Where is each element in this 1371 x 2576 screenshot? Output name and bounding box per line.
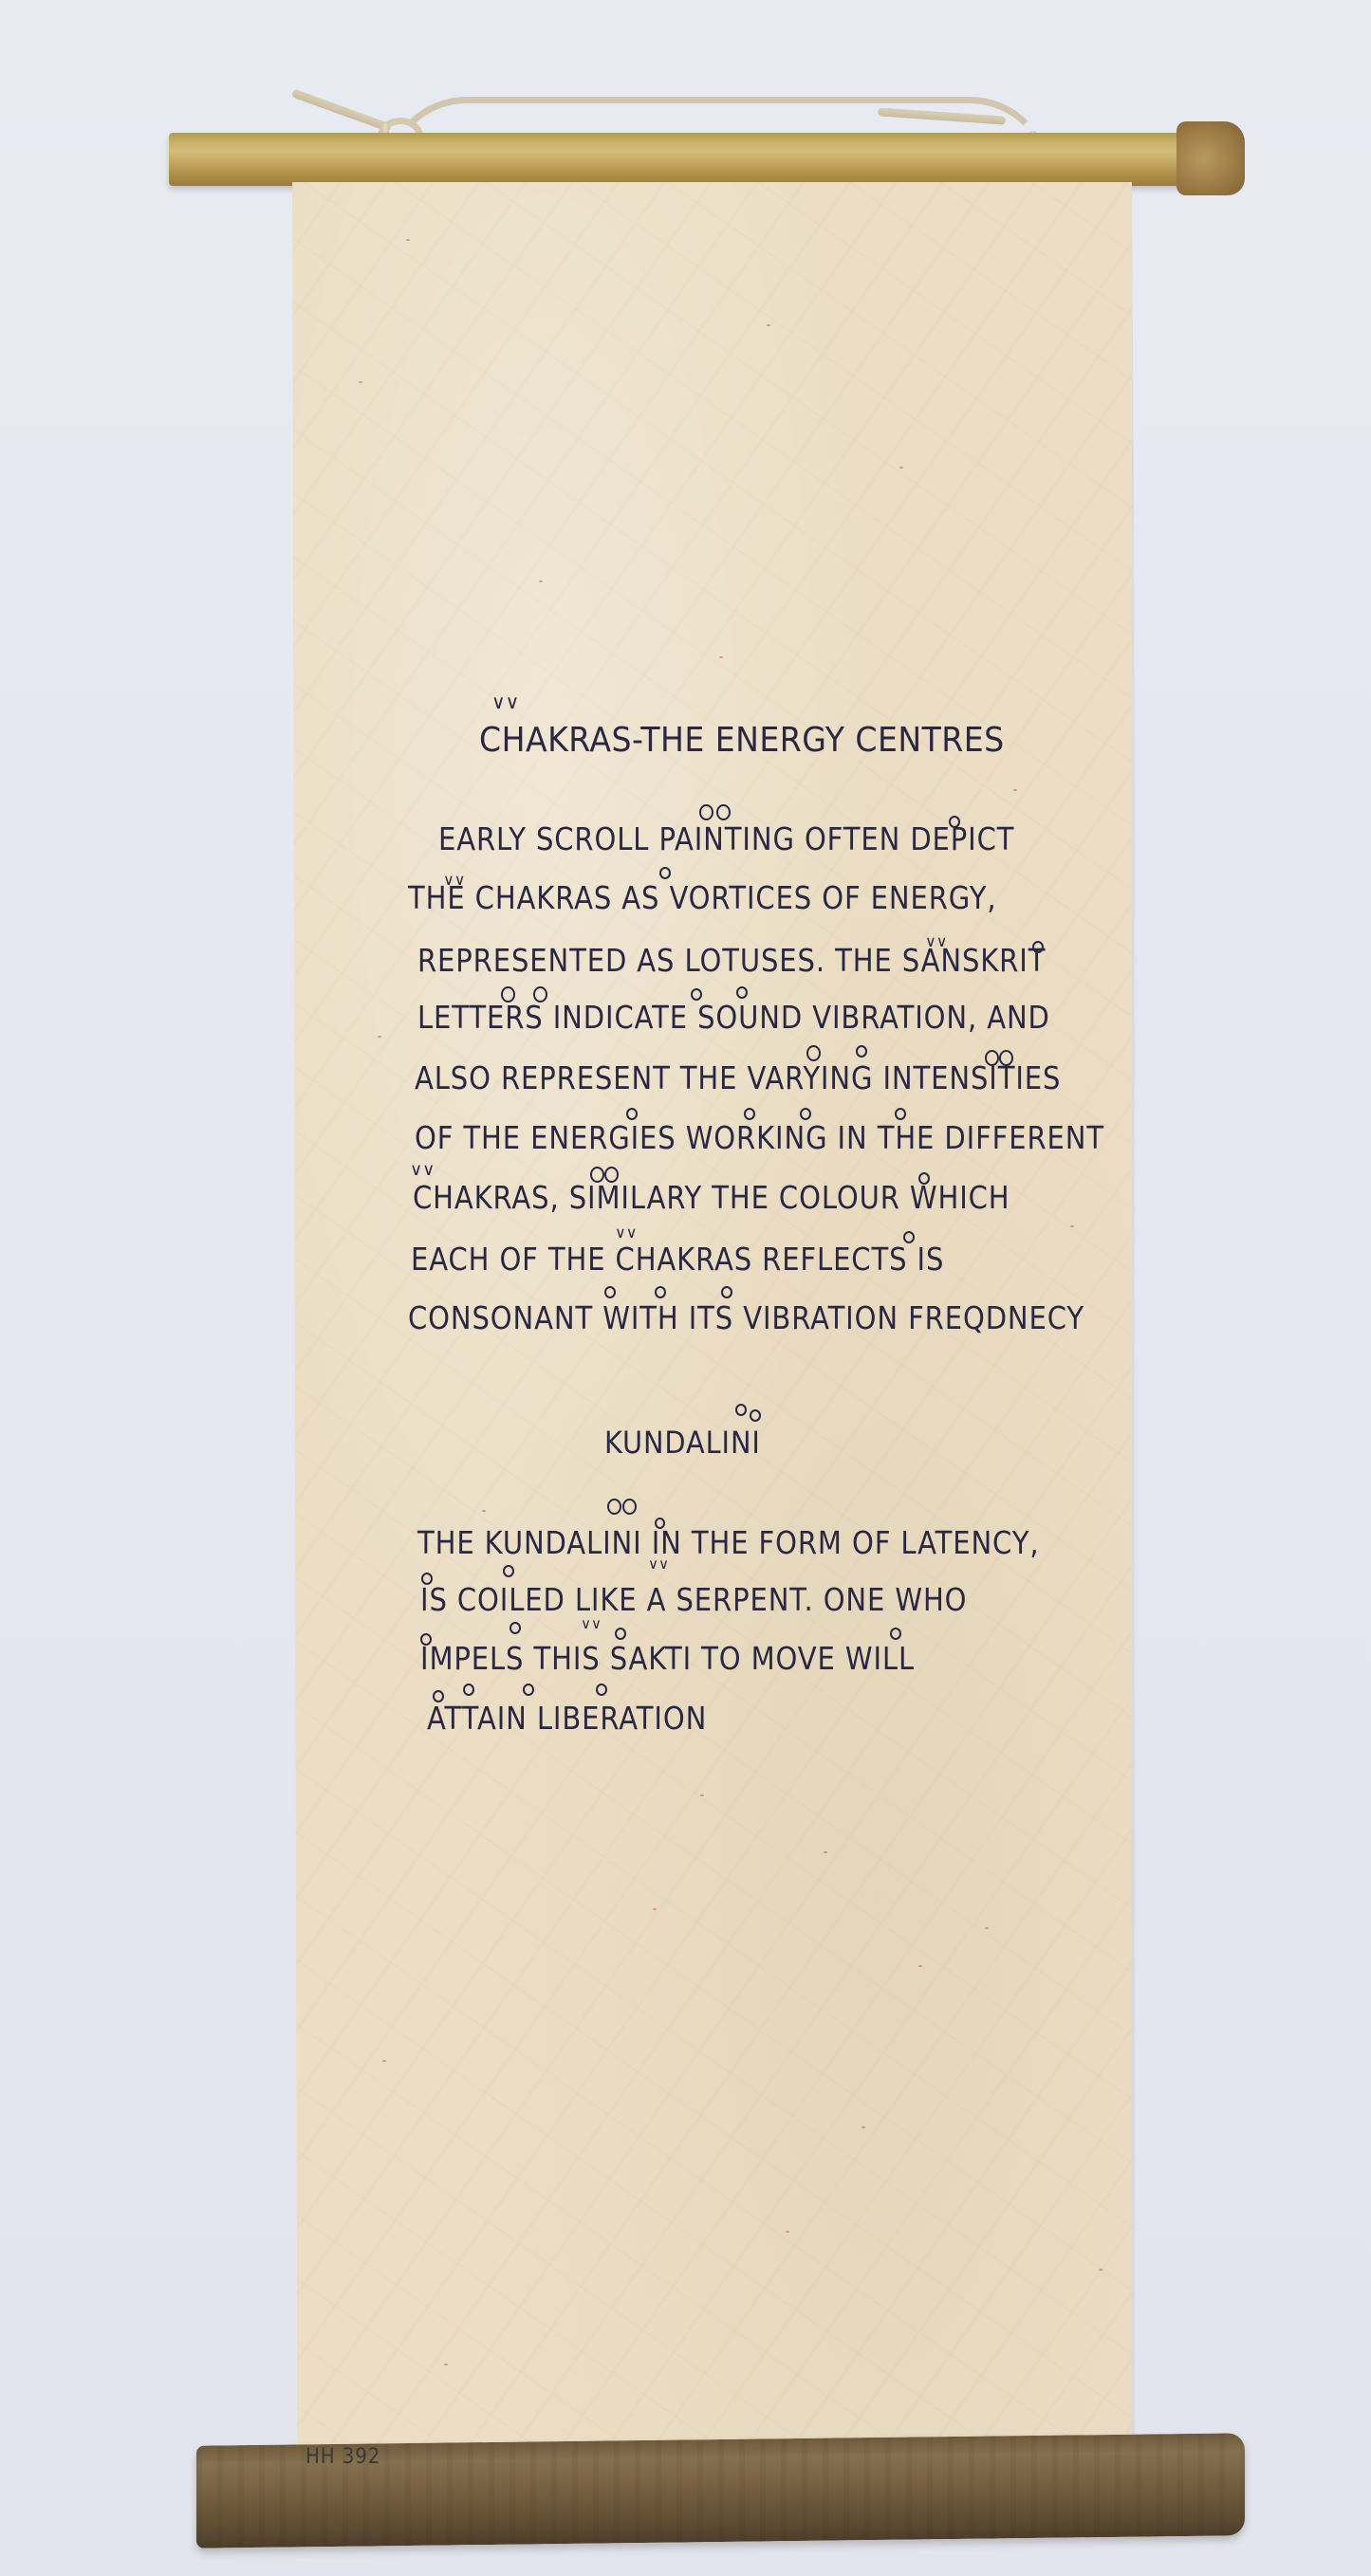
ring-diacritic-icon [659, 867, 671, 879]
ring-diacritic-icon [735, 1404, 747, 1416]
paragraph-2-line-4: attain Liberation [427, 1702, 707, 1734]
rope-end [291, 88, 392, 132]
ring-diacritic-icon [949, 816, 960, 828]
crown-diacritic-icon: ∨∨ [581, 1617, 602, 1631]
ring-diacritic-icon [607, 1499, 621, 1515]
ring-diacritic-icon [699, 804, 713, 820]
ring-diacritic-icon [590, 1167, 604, 1183]
top-rod-node-end [1176, 121, 1245, 195]
scroll-title: Chakras-The Energy Centres [479, 724, 1005, 758]
ring-diacritic-icon [918, 1172, 930, 1185]
ring-diacritic-icon [615, 1628, 626, 1640]
top-bamboo-rod [169, 133, 1224, 186]
crown-diacritic-icon: ∨∨ [443, 873, 465, 888]
paragraph-1-line-7: Chakras, similary the colour which [413, 1182, 1010, 1213]
ring-diacritic-icon [856, 1045, 867, 1058]
paragraph-1-line-4: Letters indicate sound vibration, and [417, 1002, 1050, 1033]
ring-diacritic-icon [463, 1684, 474, 1696]
ring-diacritic-icon [750, 1409, 761, 1422]
paragraph-2-line-3: impels this Sakti to move will [420, 1643, 915, 1674]
ring-diacritic-icon [744, 1108, 755, 1120]
ring-diacritic-icon [691, 988, 702, 1001]
ring-diacritic-icon [890, 1628, 901, 1640]
ring-diacritic-icon [655, 1286, 666, 1298]
crown-diacritic-icon: ∨∨ [615, 1225, 637, 1241]
paragraph-1-line-3: Represented as Lotuses. The Sanskrit [417, 945, 1046, 976]
ring-diacritic-icon [655, 1518, 665, 1529]
ring-diacritic-icon [622, 1499, 637, 1515]
crown-diacritic-icon: ∨∨ [925, 934, 947, 949]
paragraph-1-line-8: each of the Chakras reflects is [411, 1243, 944, 1275]
ring-diacritic-icon [1032, 941, 1044, 953]
ring-diacritic-icon [503, 1565, 514, 1577]
paragraph-2-line-1: The Kundalini in the form of Latency, [417, 1527, 1039, 1558]
ring-diacritic-icon [596, 1684, 607, 1696]
ring-diacritic-icon [895, 1108, 906, 1120]
paragraph-1-line-6: of the Energies working in the different [415, 1122, 1104, 1153]
ring-diacritic-icon [533, 986, 547, 1003]
ring-diacritic-icon [999, 1050, 1013, 1066]
paragraph-1-line-2: The Chakras as vortices of Energy, [408, 882, 996, 913]
ring-diacritic-icon [800, 1108, 811, 1120]
ring-diacritic-icon [903, 1231, 915, 1243]
ring-diacritic-icon [604, 1167, 619, 1183]
ring-diacritic-icon [985, 1050, 999, 1066]
crown-diacritic-icon: ∨∨ [410, 1162, 435, 1179]
catalog-number: HH 392 [306, 2445, 380, 2469]
ring-diacritic-icon [721, 1286, 732, 1298]
ring-diacritic-icon [509, 1622, 521, 1634]
ring-diacritic-icon [421, 1573, 433, 1585]
ring-diacritic-icon [716, 804, 731, 820]
ring-diacritic-icon [501, 986, 515, 1003]
ring-diacritic-icon [806, 1045, 821, 1061]
ring-diacritic-icon [626, 1108, 638, 1120]
crown-diacritic-icon: ∨∨ [491, 692, 519, 711]
crown-diacritic-icon: ∨∨ [648, 1557, 669, 1572]
ring-diacritic-icon [736, 986, 748, 999]
kundalini-heading: Kundalini [604, 1427, 761, 1458]
ring-diacritic-icon [433, 1690, 444, 1702]
scroll-photo: ∨∨ Chakras-The Energy Centres Early scro… [0, 0, 1371, 2576]
paragraph-1-line-5: also represent the varying intensities [415, 1062, 1061, 1094]
paragraph-1-line-1: Early scroll painting often depict [438, 823, 1014, 855]
ring-diacritic-icon [523, 1684, 534, 1696]
ring-diacritic-icon [420, 1633, 432, 1646]
paragraph-2-line-2: is coiled like a Serpent. One who [420, 1584, 967, 1615]
paragraph-1-line-9: consonant with its vibration freqdnecy [408, 1302, 1084, 1334]
ring-diacritic-icon [604, 1286, 616, 1298]
